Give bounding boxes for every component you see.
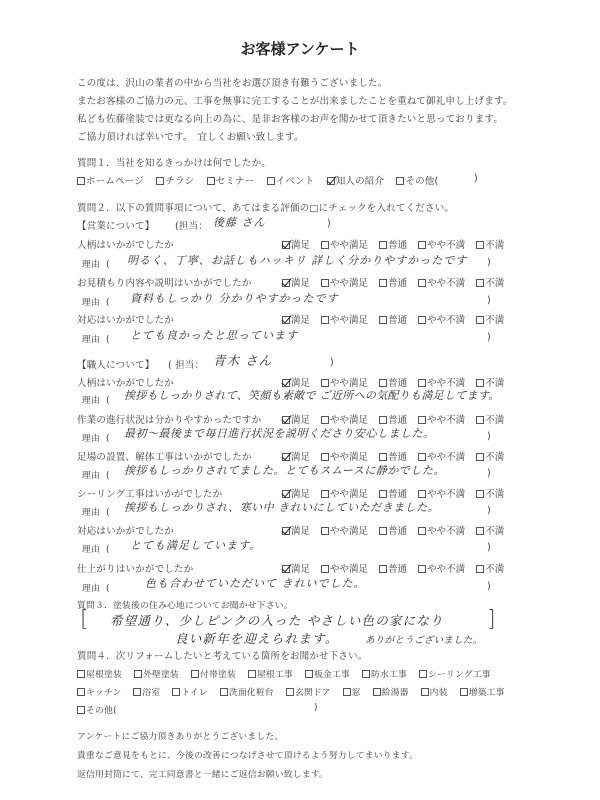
sales-staff-name: 後藤 さん (213, 214, 266, 230)
rating-dissatisfied[interactable]: 不満 (476, 486, 504, 500)
checkbox-icon[interactable] (379, 316, 387, 324)
intro-line-4: ご協力頂ければ幸いです。 宜しくお願い致します。 (77, 129, 304, 143)
reason-close: ) (487, 581, 491, 592)
rating-somewhat-dissatisfied[interactable]: やや不満 (418, 449, 465, 463)
sales-reason-estimate[interactable]: 資料もしっかり 分かりやすかったです (130, 290, 339, 306)
q4-option-exterior-wall-painting[interactable]: 外壁塗装 (134, 667, 179, 680)
rating-satisfied[interactable]: 満足 (282, 275, 310, 289)
checkbox-checked-icon[interactable] (282, 279, 290, 287)
checkbox-icon[interactable] (373, 688, 381, 696)
craftsman-reason-response[interactable]: とても満足しています。 (130, 537, 261, 553)
craftsman-reason-scaffolding[interactable]: 挨拶もしっかりされてました。とてもスムースに静かでした。 (124, 462, 445, 478)
reason-label: 理由 ( (82, 581, 110, 594)
q1-option-other[interactable]: その他( (396, 173, 438, 187)
q2-question: 質問２．以下の質問事項について、あてはまる評価の□にチェックを入れてください。 (77, 200, 454, 214)
reason-label: 理由 ( (82, 468, 110, 481)
rating-neutral[interactable]: 普通 (379, 561, 407, 575)
page-title: お客様アンケート (0, 38, 600, 59)
rating-dissatisfied[interactable]: 不満 (476, 523, 504, 537)
q3-question: 質問３．塗装後の住み心地についてお聞かせ下さい。 (77, 598, 293, 611)
reason-label: 理由 ( (82, 505, 110, 518)
checkbox-icon[interactable] (418, 279, 426, 287)
craftsman-header: 【職人について】 (77, 357, 154, 371)
checkbox-icon[interactable] (476, 453, 484, 461)
checkbox-icon[interactable] (379, 416, 387, 424)
rating-satisfied[interactable]: 満足 (282, 449, 310, 463)
checkbox-icon[interactable] (77, 706, 85, 714)
rating-satisfied[interactable]: 満足 (282, 486, 310, 500)
checkbox-icon[interactable] (220, 688, 228, 696)
checkbox-icon[interactable] (460, 688, 468, 696)
checkbox-icon[interactable] (321, 279, 329, 287)
checkbox-icon[interactable] (419, 670, 427, 678)
craftsman-q-progress: 作業の進行状況は分かりやすかったですか (77, 412, 261, 426)
checkbox-icon[interactable] (379, 490, 387, 498)
rating-craftsman-progress: 満足 やや満足 普通 やや不満 不満 (282, 412, 512, 426)
reason-label: 理由 ( (82, 393, 110, 406)
checkbox-icon[interactable] (321, 416, 329, 424)
closing-line-1: アンケートにご協力頂きありがとうございました。 (77, 729, 283, 742)
checkbox-checked-icon[interactable] (282, 527, 290, 535)
checkbox-icon[interactable] (476, 416, 484, 424)
checkbox-icon[interactable] (321, 490, 329, 498)
checkbox-icon[interactable] (133, 688, 141, 696)
craftsman-reason-sealing[interactable]: 挨拶もしっかりされ、寒い中 きれいにしていただきました。 (124, 499, 439, 515)
sales-reason-response[interactable]: とても良かったと思っています (130, 327, 298, 343)
q4-option-roof-work[interactable]: 屋根工事 (248, 667, 293, 680)
rating-dissatisfied[interactable]: 不満 (476, 275, 504, 289)
rating-satisfied[interactable]: 満足 (282, 237, 310, 251)
rating-dissatisfied[interactable]: 不満 (476, 412, 504, 426)
sales-q-personality: 人柄はいかがでしたか (77, 237, 174, 251)
craftsman-reason-progress[interactable]: 最初～最後まで毎日進行状況を説明くださり安心しました。 (124, 425, 435, 441)
checkbox-icon[interactable] (267, 177, 275, 185)
checkbox-icon[interactable] (362, 670, 370, 678)
q1-other-close: ) (474, 173, 478, 184)
q4-option-bathroom[interactable]: 浴室 (133, 685, 160, 698)
rating-sales-estimate: 満足 やや満足 普通 やや不満 不満 (282, 275, 512, 289)
reason-close: ) (487, 431, 491, 442)
q4-option-extension[interactable]: 増築工事 (460, 685, 505, 698)
checkbox-icon[interactable] (321, 453, 329, 461)
checkbox-icon[interactable] (321, 527, 329, 535)
rating-somewhat-satisfied[interactable]: やや満足 (321, 523, 368, 537)
rating-neutral[interactable]: 普通 (379, 449, 407, 463)
rating-somewhat-satisfied[interactable]: やや満足 (321, 486, 368, 500)
rating-sales-personality: 満足 やや満足 普通 やや不満 不満 (282, 237, 512, 251)
checkbox-icon[interactable] (476, 379, 484, 387)
q3-bracket-close: ] (487, 607, 496, 632)
rating-craftsman-finish: 満足 やや満足 普通 やや不満 不満 (282, 561, 512, 575)
reason-close: ) (487, 295, 491, 306)
checkbox-checked-icon[interactable] (282, 490, 290, 498)
craftsman-staff-name: 青木 さん (213, 351, 272, 369)
checkbox-checked-icon[interactable] (282, 379, 290, 387)
checkbox-icon[interactable] (421, 688, 429, 696)
q4-option-vanity[interactable]: 洗面化粧台 (220, 685, 274, 698)
q4-option-interior[interactable]: 内装 (421, 685, 448, 698)
checkbox-icon[interactable] (379, 527, 387, 535)
q1-option-event[interactable]: イベント (267, 173, 315, 187)
checkbox-checked-icon[interactable] (282, 316, 290, 324)
checkbox-checked-icon[interactable] (282, 565, 290, 573)
intro-line-2: またお客様のご協力の元、工事を無事に完工することが出来ましたことを重ねて御礼申し… (77, 93, 513, 107)
sales-reason-personality[interactable]: 明るく、丁寧、お話しもハッキリ 詳しく分かりやすかったです (127, 252, 467, 268)
rating-neutral[interactable]: 普通 (379, 237, 407, 251)
craftsman-q-finish: 仕上がりはいかがでしたか (77, 561, 193, 575)
rating-dissatisfied[interactable]: 不満 (476, 237, 504, 251)
rating-neutral[interactable]: 普通 (379, 312, 407, 326)
sales-q-estimate: お見積もり内容や説明はいかがでしたか (77, 275, 252, 289)
checkbox-icon[interactable] (476, 316, 484, 324)
sales-header: 【営業について】 (77, 218, 154, 232)
rating-craftsman-sealing: 満足 やや満足 普通 やや不満 不満 (282, 486, 512, 500)
sales-staff-label: (担当： (175, 218, 208, 232)
reason-label: 理由 ( (82, 542, 110, 555)
checkbox-icon[interactable] (418, 316, 426, 324)
q4-option-waterproofing[interactable]: 防水工事 (362, 667, 407, 680)
checkbox-icon[interactable] (379, 279, 387, 287)
rating-satisfied[interactable]: 満足 (282, 523, 310, 537)
intro-line-3: 私ども佐藤塗装では更なる向上の為に、是非お客様のお声を聞かせて頂きたいと思ってお… (77, 111, 503, 125)
q4-other-close: ) (314, 703, 318, 713)
q4-options-row-1: 屋根塗装 外壁塗装 付帯塗装 屋根工事 板金工事 防水工事 シーリング工事 (77, 667, 500, 680)
rating-somewhat-satisfied[interactable]: やや満足 (321, 237, 368, 251)
q3-answer-line-2[interactable]: 良い新年を迎えられます。 (175, 629, 338, 647)
rating-somewhat-satisfied[interactable]: やや満足 (321, 449, 368, 463)
checkbox-icon[interactable] (379, 379, 387, 387)
checkbox-icon[interactable] (343, 688, 351, 696)
q4-option-roof-painting[interactable]: 屋根塗装 (77, 667, 122, 680)
checkbox-icon[interactable] (134, 670, 142, 678)
rating-somewhat-dissatisfied[interactable]: やや不満 (418, 523, 465, 537)
rating-dissatisfied[interactable]: 不満 (476, 312, 504, 326)
sales-q-response: 対応はいかがでしたか (77, 312, 174, 326)
q1-option-flyer[interactable]: チラシ (156, 173, 194, 187)
rating-somewhat-dissatisfied[interactable]: やや不満 (418, 486, 465, 500)
reason-close: ) (487, 257, 491, 268)
checkbox-checked-icon[interactable] (282, 453, 290, 461)
checkbox-icon[interactable] (172, 688, 180, 696)
rating-somewhat-dissatisfied[interactable]: やや不満 (418, 312, 465, 326)
checkbox-icon[interactable] (207, 177, 215, 185)
rating-somewhat-dissatisfied[interactable]: やや不満 (418, 561, 465, 575)
craftsman-q-response: 対応はいかがでしたか (77, 523, 174, 537)
q4-option-sheet-metal-work[interactable]: 板金工事 (305, 667, 350, 680)
rating-somewhat-satisfied[interactable]: やや満足 (321, 312, 368, 326)
reason-label: 理由 ( (82, 295, 110, 308)
checkbox-icon[interactable] (476, 565, 484, 573)
checkbox-icon[interactable] (321, 565, 329, 573)
checkbox-icon[interactable] (476, 490, 484, 498)
rating-somewhat-satisfied[interactable]: やや満足 (321, 275, 368, 289)
rating-neutral[interactable]: 普通 (379, 412, 407, 426)
q1-option-homepage[interactable]: ホームページ (77, 173, 144, 187)
checkbox-icon[interactable] (418, 453, 426, 461)
q1-question: 質問１．当社を知るきっかけは何でしたか。 (77, 155, 271, 169)
intro-line-1: この度は、沢山の業者の中から当社をお選び頂き有難うございました。 (77, 75, 387, 89)
reason-close: ) (487, 505, 491, 516)
checkbox-icon[interactable] (379, 453, 387, 461)
rating-neutral[interactable]: 普通 (379, 275, 407, 289)
q4-question: 質問４．次リフォームしたいと考えている箇所をお聞かせ下さい。 (77, 648, 368, 662)
q4-option-accessory-painting[interactable]: 付帯塗装 (191, 667, 236, 680)
q4-option-kitchen[interactable]: キッチン (77, 685, 121, 698)
checkbox-icon[interactable] (418, 527, 426, 535)
checkbox-checked-icon[interactable] (282, 241, 290, 249)
checkbox-icon[interactable] (156, 177, 164, 185)
q4-option-water-heater[interactable]: 給湯器 (373, 685, 409, 698)
rating-satisfied[interactable]: 満足 (282, 561, 310, 575)
q4-option-other[interactable]: その他( (77, 703, 117, 716)
rating-craftsman-scaffolding: 満足 やや満足 普通 やや不満 不満 (282, 449, 512, 463)
reason-close: ) (487, 332, 491, 343)
q1-option-seminar[interactable]: セミナー (207, 173, 255, 187)
checkbox-icon[interactable] (321, 379, 329, 387)
rating-neutral[interactable]: 普通 (379, 523, 407, 537)
checkbox-icon[interactable] (476, 241, 484, 249)
rating-satisfied[interactable]: 満足 (282, 312, 310, 326)
checkbox-icon[interactable] (379, 565, 387, 573)
checkbox-icon[interactable] (476, 279, 484, 287)
checkbox-icon[interactable] (248, 670, 256, 678)
reason-label: 理由 ( (82, 257, 110, 270)
q4-option-window[interactable]: 窓 (343, 685, 361, 698)
checkbox-icon[interactable] (77, 670, 85, 678)
rating-somewhat-dissatisfied[interactable]: やや不満 (418, 237, 465, 251)
reason-label: 理由 ( (82, 332, 110, 345)
q3-bracket-open: [ (80, 607, 89, 632)
closing-line-2: 貴重なご意見をもとに、今後の改善につなげさせて頂けるよう努力してまいります。 (77, 748, 418, 761)
q3-answer-line-1[interactable]: 希望通り、少しピンクの入った やさしい色の家になり (110, 611, 444, 629)
checkbox-icon[interactable] (77, 688, 85, 696)
reason-close: ) (487, 542, 491, 553)
reason-close: ) (487, 468, 491, 479)
checkbox-icon[interactable] (418, 490, 426, 498)
checkbox-icon[interactable] (418, 416, 426, 424)
q3-answer-thanks[interactable]: ありがとうございました。 (365, 632, 483, 646)
checkbox-icon[interactable] (418, 565, 426, 573)
craftsman-reason-personality[interactable]: 挨拶もしっかりされて、笑顔も素敵で ご近所への気配りも満足してます。 (124, 387, 500, 403)
checkbox-icon[interactable] (321, 241, 329, 249)
checkbox-icon[interactable] (305, 670, 313, 678)
rating-somewhat-satisfied[interactable]: やや満足 (321, 412, 368, 426)
checkbox-icon[interactable] (418, 241, 426, 249)
rating-somewhat-dissatisfied[interactable]: やや不満 (418, 412, 465, 426)
q4-option-entrance-door[interactable]: 玄関ドア (286, 685, 331, 698)
checkbox-icon[interactable] (77, 177, 85, 185)
craftsman-staff-close: ) (330, 357, 334, 368)
checkbox-icon[interactable] (191, 670, 199, 678)
q4-option-toilet[interactable]: トイレ (172, 685, 208, 698)
checkbox-icon[interactable] (476, 527, 484, 535)
rating-dissatisfied[interactable]: 不満 (476, 449, 504, 463)
craftsman-staff-label: ( 担当： (168, 357, 204, 371)
craftsman-reason-finish[interactable]: 色も合わせていただいて きれいでした。 (145, 575, 366, 591)
rating-sales-response: 満足 やや満足 普通 やや不満 不満 (282, 312, 512, 326)
reason-label: 理由 ( (82, 431, 110, 444)
rating-dissatisfied[interactable]: 不満 (476, 561, 504, 575)
checkbox-icon[interactable] (379, 241, 387, 249)
checkbox-checked-icon[interactable] (327, 177, 335, 185)
survey-page: お客様アンケート この度は、沢山の業者の中から当社をお選び頂き有難うございました… (0, 0, 600, 800)
rating-somewhat-satisfied[interactable]: やや満足 (321, 561, 368, 575)
checkbox-icon[interactable] (286, 688, 294, 696)
q4-options-row-2: キッチン 浴室 トイレ 洗面化粧台 玄関ドア 窓 給湯器 内装 増築工事 (77, 685, 514, 698)
q4-option-sealing-work[interactable]: シーリング工事 (419, 667, 491, 680)
rating-craftsman-response: 満足 やや満足 普通 やや不満 不満 (282, 523, 512, 537)
craftsman-q-scaffolding: 足場の設置、解体工事はいかがでしたか (77, 449, 252, 463)
rating-neutral[interactable]: 普通 (379, 486, 407, 500)
craftsman-q-sealing: シーリング工事はいかがでしたか (77, 486, 222, 500)
closing-line-3: 返信用封筒にて、完工同意書と一緒にご返信お願い致します。 (77, 767, 328, 780)
rating-somewhat-dissatisfied[interactable]: やや不満 (418, 275, 465, 289)
q1-option-referral[interactable]: 知人の紹介 (327, 173, 385, 187)
checkbox-icon[interactable] (396, 177, 404, 185)
checkbox-icon[interactable] (321, 316, 329, 324)
rating-satisfied[interactable]: 満足 (282, 412, 310, 426)
checkbox-icon[interactable] (418, 379, 426, 387)
sales-staff-close: ) (327, 218, 331, 229)
q1-options: ホームページ チラシ セミナー イベント 知人の紹介 その他( (77, 173, 447, 187)
checkbox-checked-icon[interactable] (282, 416, 290, 424)
